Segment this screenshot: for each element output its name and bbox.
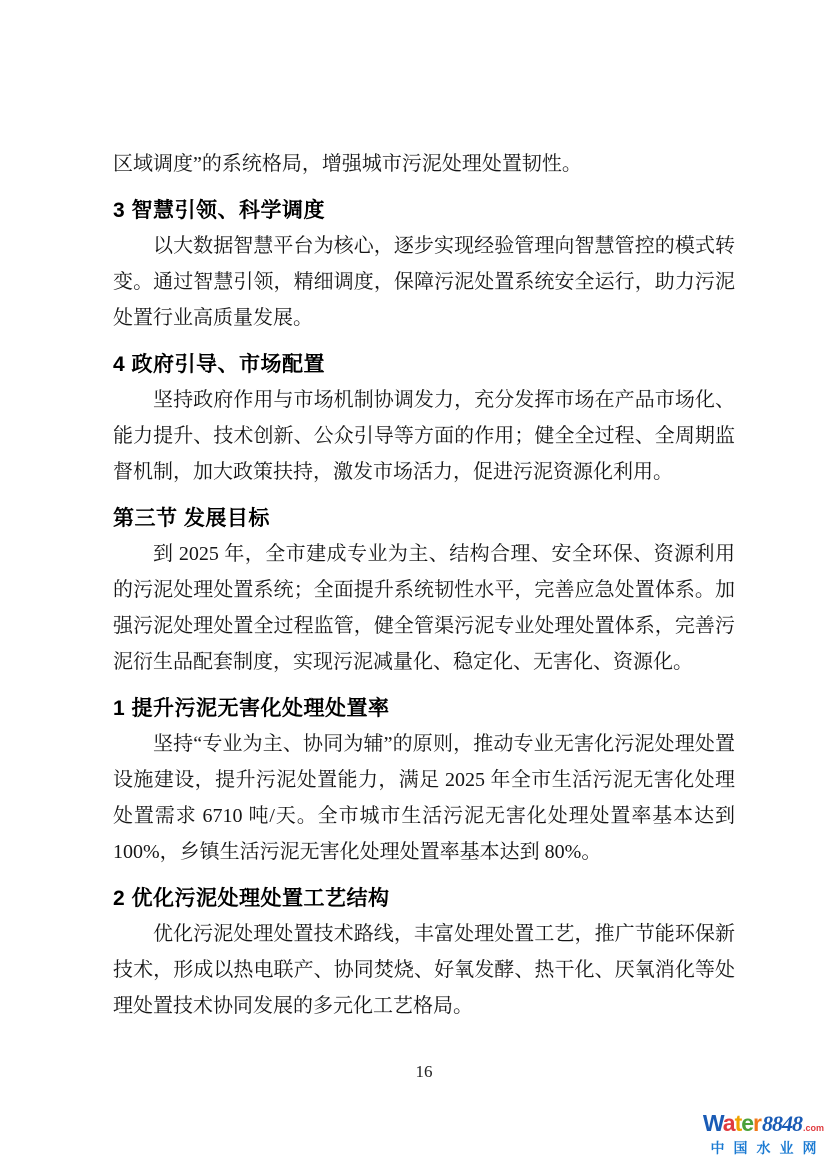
section-heading: 1 提升污泥无害化处理处置率 bbox=[113, 694, 735, 724]
brand-tld: .com bbox=[803, 1123, 824, 1133]
document-body: 区域调度”的系统格局，增强城市污泥处理处置韧性。3 智慧引领、科学调度以大数据智… bbox=[0, 0, 826, 1024]
wordmark-letter: a bbox=[723, 1110, 735, 1136]
wordmark-letter: W bbox=[703, 1110, 723, 1136]
body-paragraph: 优化污泥处理处置技术路线，丰富处理处置工艺，推广节能环保新技术，形成以热电联产、… bbox=[113, 916, 735, 1024]
water8848-logo: Water8848.com 中国水业网 bbox=[703, 1112, 824, 1158]
page-number: 16 bbox=[113, 1062, 735, 1082]
brand-subtitle: 中国水业网 bbox=[703, 1138, 826, 1158]
section-heading: 3 智慧引领、科学调度 bbox=[113, 196, 735, 226]
wordmark-letter: r bbox=[753, 1110, 761, 1136]
body-paragraph: 到 2025 年，全市建成专业为主、结构合理、安全环保、资源利用的污泥处理处置系… bbox=[113, 536, 735, 680]
brand-number: 8848 bbox=[762, 1113, 802, 1135]
section-heading: 4 政府引导、市场配置 bbox=[113, 350, 735, 380]
body-paragraph: 以大数据智慧平台为核心，逐步实现经验管理向智慧管控的模式转变。通过智慧引领，精细… bbox=[113, 228, 735, 336]
document-page: 区域调度”的系统格局，增强城市污泥处理处置韧性。3 智慧引领、科学调度以大数据智… bbox=[0, 0, 826, 1169]
section-heading: 第三节 发展目标 bbox=[113, 504, 735, 534]
water-wordmark: Water bbox=[703, 1112, 761, 1136]
brand-row: Water8848.com bbox=[703, 1112, 824, 1136]
wordmark-letter: e bbox=[741, 1110, 753, 1136]
body-paragraph: 坚持政府作用与市场机制协调发力，充分发挥市场在产品市场化、能力提升、技术创新、公… bbox=[113, 382, 735, 490]
body-paragraph: 坚持“专业为主、协同为辅”的原则，推动专业无害化污泥处理处置设施建设，提升污泥处… bbox=[113, 726, 735, 870]
section-heading: 2 优化污泥处理处置工艺结构 bbox=[113, 884, 735, 914]
body-paragraph: 区域调度”的系统格局，增强城市污泥处理处置韧性。 bbox=[113, 146, 735, 182]
